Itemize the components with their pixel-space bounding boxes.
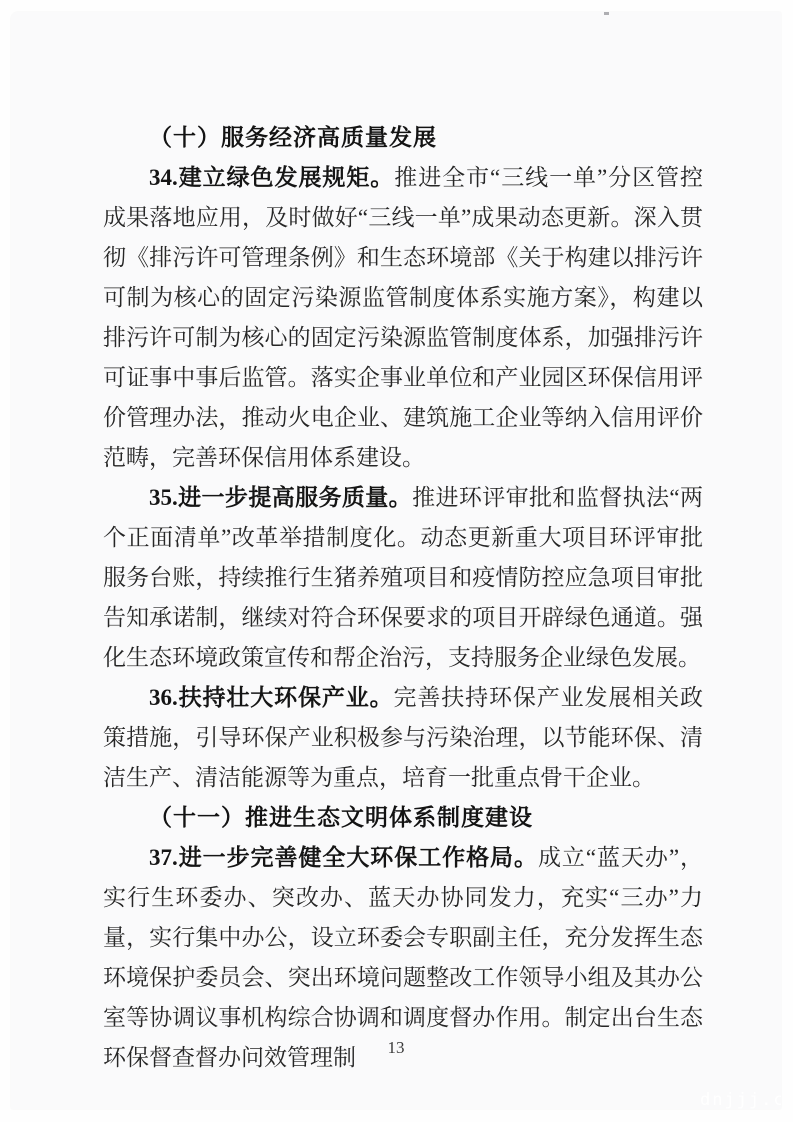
document-page: （十）服务经济高质量发展 34.建立绿色发展规矩。推进全市“三线一单”分区管控成… [11,12,781,1109]
paragraph-34-lead: 34.建立绿色发展规矩。 [149,165,394,190]
scanned-document-canvas: （十）服务经济高质量发展 34.建立绿色发展规矩。推进全市“三线一单”分区管控成… [0,0,793,1122]
paragraph-37-lead: 37.进一步完善健全大环保工作格局。 [149,845,538,870]
document-body: （十）服务经济高质量发展 34.建立绿色发展规矩。推进全市“三线一单”分区管控成… [103,118,703,1078]
paragraph-35-body: 推进环评审批和监督执法“两个正面清单”改革举措制度化。动态更新重大项目环评审批服… [103,485,703,670]
paragraph-34: 34.建立绿色发展规矩。推进全市“三线一单”分区管控成果落地应用，及时做好“三线… [103,158,703,478]
watermark-text: dnjjj.co [700,1090,781,1109]
section-heading-10: （十）服务经济高质量发展 [103,118,703,158]
page-number: 13 [11,1036,781,1060]
paragraph-36-lead: 36.扶持壮大环保产业。 [149,685,394,710]
scan-artifact-dot [604,12,609,15]
paragraph-36: 36.扶持壮大环保产业。完善扶持环保产业发展相关政策措施，引导环保产业积极参与污… [103,678,703,798]
section-heading-11: （十一）推进生态文明体系制度建设 [103,798,703,838]
paragraph-35: 35.进一步提高服务质量。推进环评审批和监督执法“两个正面清单”改革举措制度化。… [103,478,703,678]
paragraph-35-lead: 35.进一步提高服务质量。 [149,485,412,510]
paragraph-34-body: 推进全市“三线一单”分区管控成果落地应用，及时做好“三线一单”成果动态更新。深入… [103,165,703,470]
